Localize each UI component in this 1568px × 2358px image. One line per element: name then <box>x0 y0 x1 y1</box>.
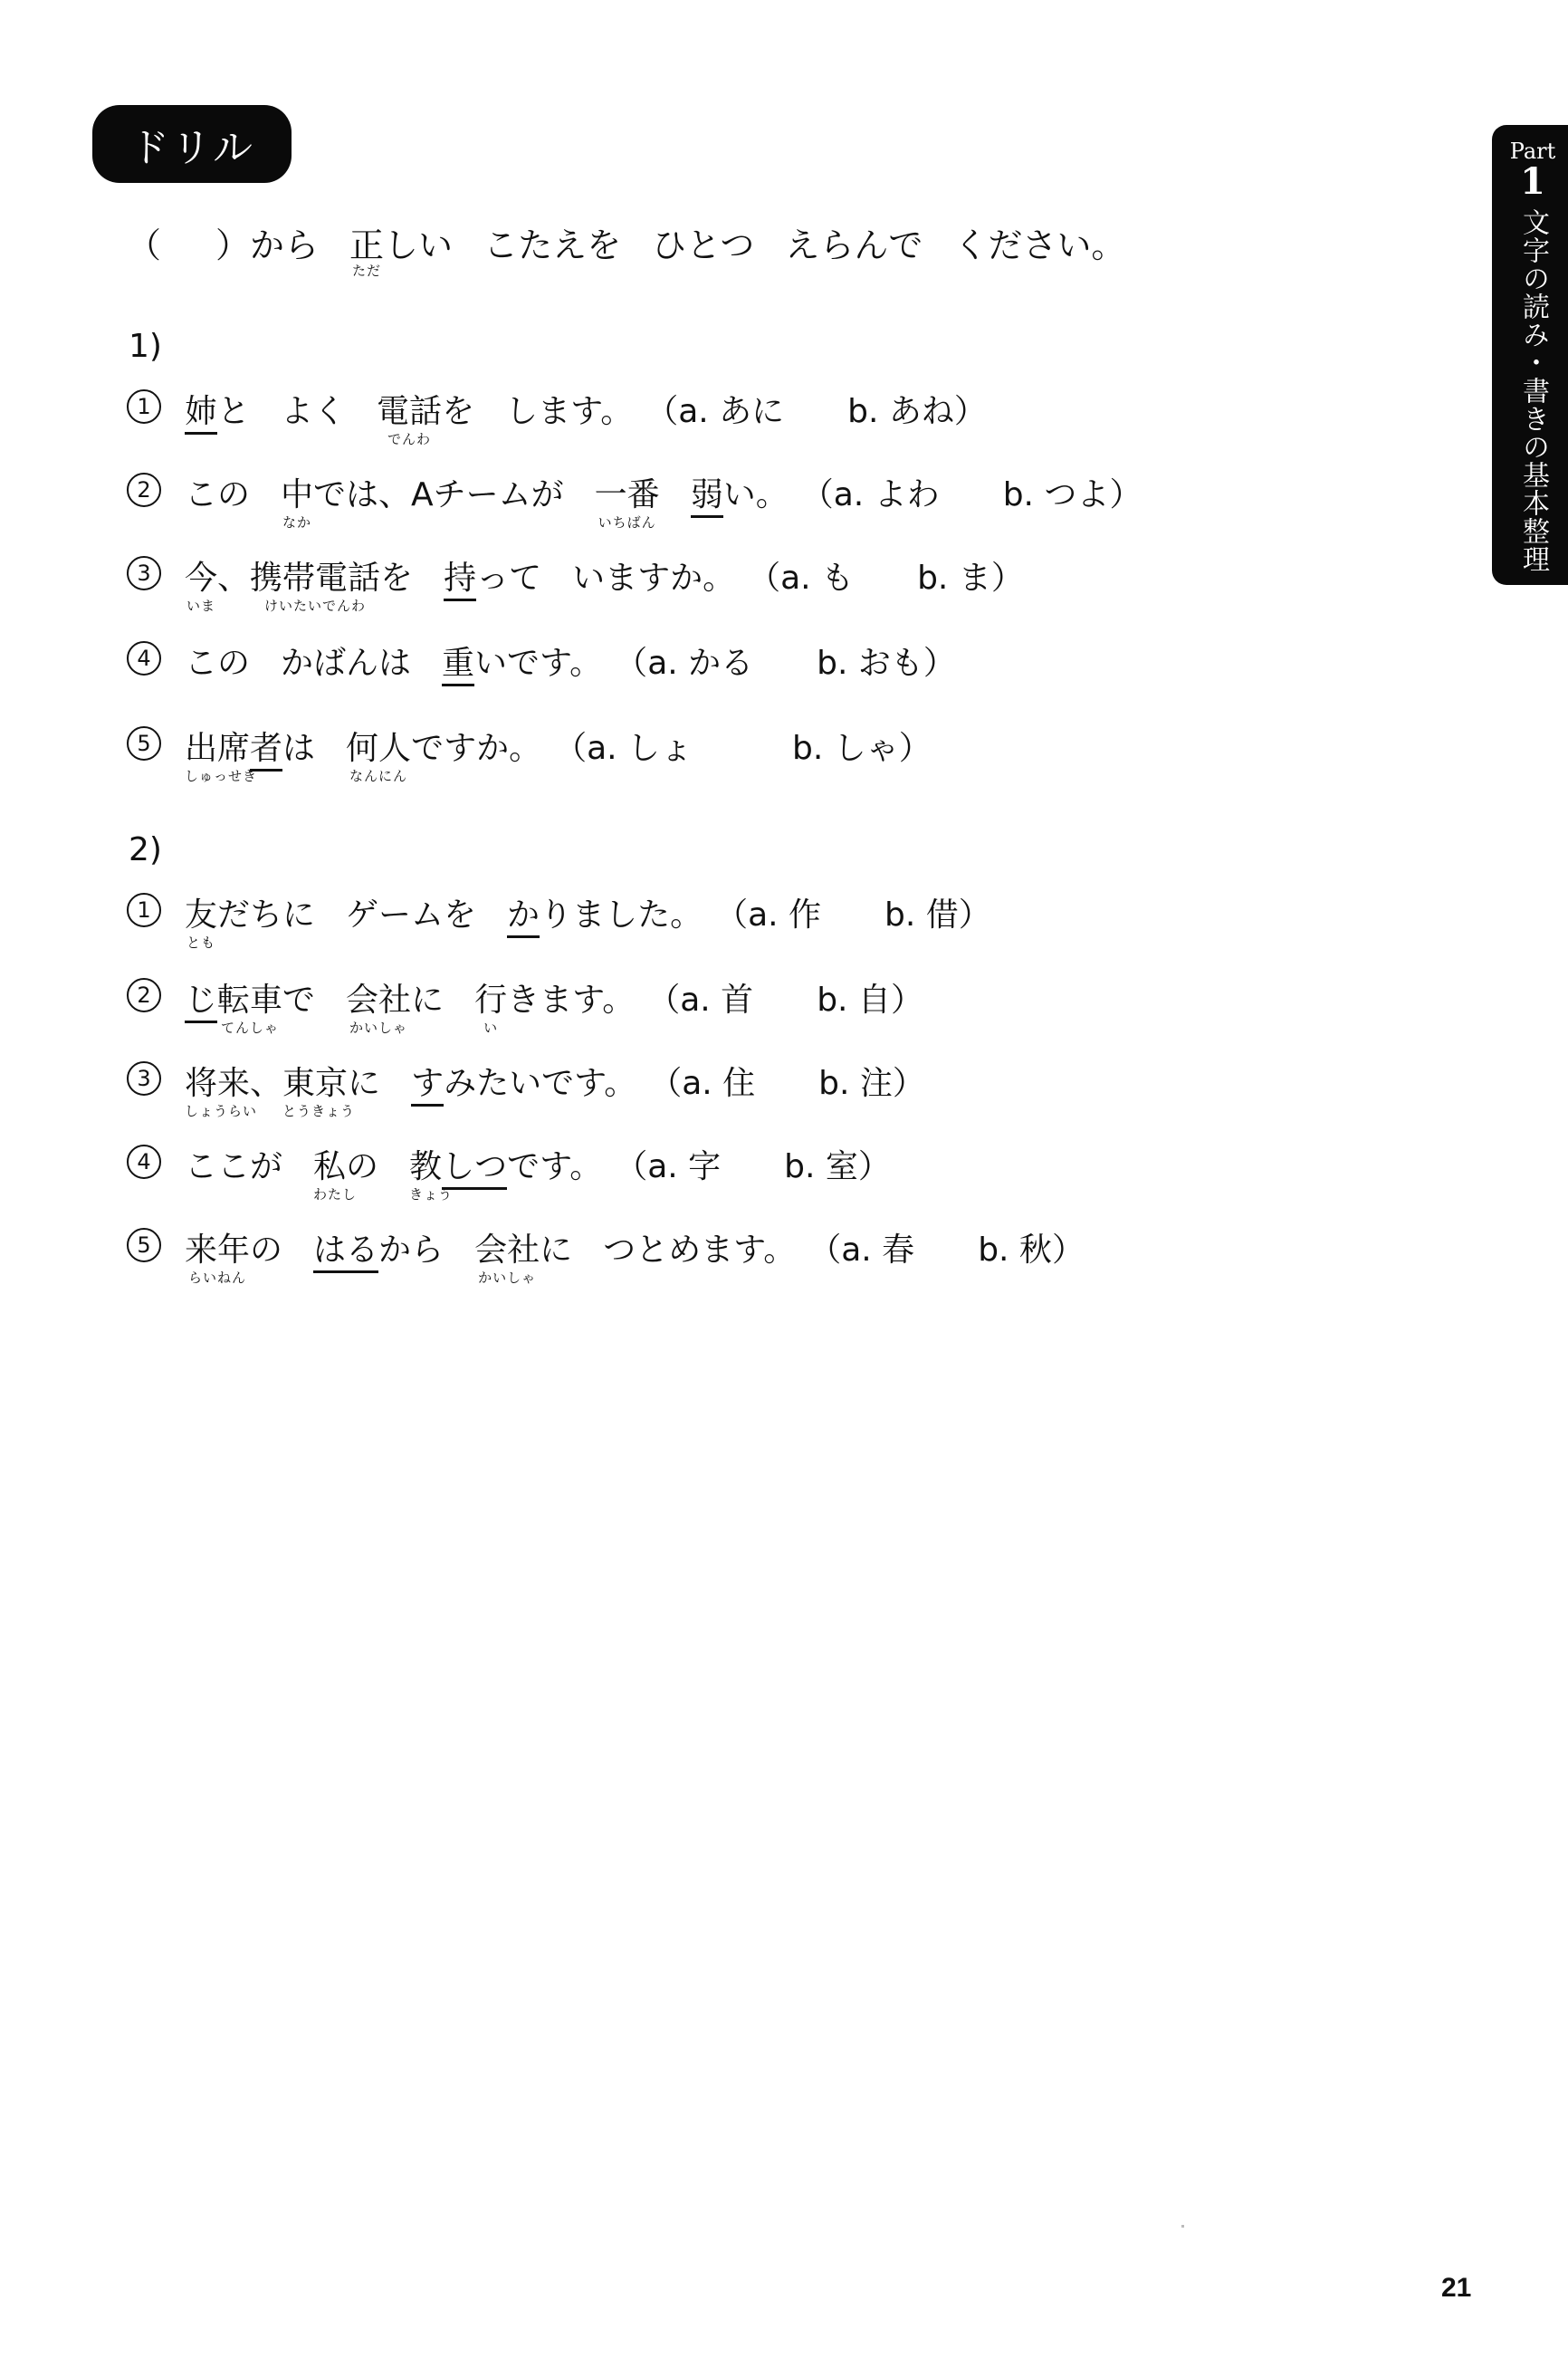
answer-choices: （a. 字b. 室） <box>615 1141 891 1187</box>
drill-heading-label: ドリル <box>129 115 254 173</box>
ruby-word: 転車てんしゃ <box>217 974 282 1021</box>
choice-b[interactable]: b. おも <box>817 645 923 682</box>
furigana: いちばん <box>595 513 660 532</box>
kanji-base: 教 <box>409 1148 442 1185</box>
text: です。 <box>507 1141 602 1187</box>
kanji-base: 会社 <box>346 982 411 1019</box>
text: に <box>540 1224 572 1270</box>
choice-a[interactable]: a. しょ <box>587 730 693 767</box>
furigana: かいしゃ <box>474 1268 540 1287</box>
text: します。 <box>505 386 633 432</box>
furigana: しょうらい <box>185 1101 250 1120</box>
ruby-word: 教きょう <box>409 1141 442 1187</box>
text: に <box>411 974 444 1021</box>
text: きます。 <box>507 974 635 1021</box>
paren: （ <box>554 730 587 767</box>
text: いますか。 <box>572 552 735 599</box>
paren: ） <box>991 560 1024 597</box>
question-number: 2 <box>127 473 161 507</box>
furigana: いま <box>185 596 217 615</box>
question-1-4: 4 この かばんは 重いです。 （a. かるb. おも） <box>127 637 956 686</box>
question-1-3: 3 今いま、 携帯電話けいたいでんわを 持って いますか。 （a. もb. ま） <box>127 552 1024 601</box>
question-number: 2 <box>127 978 161 1012</box>
question-2-3: 3 将来しょうらい、 東京とうきょうに すみたいです。 （a. 住b. 注） <box>127 1058 925 1107</box>
text: かばんは <box>281 637 411 684</box>
text: 、 <box>250 1058 282 1104</box>
choice-b[interactable]: b. 注 <box>818 1065 893 1102</box>
text: ゲームを <box>346 889 476 935</box>
ruby-word: 友とも <box>185 889 217 935</box>
kanji-base: 会社 <box>474 1232 540 1269</box>
kanji-base: 友 <box>185 896 217 934</box>
kanji-base: 一番 <box>595 476 660 513</box>
kanji-base: 電話 <box>377 393 442 430</box>
instruction-okurigana: しい <box>384 225 453 265</box>
underlined-target: しつ <box>442 1141 507 1190</box>
choice-a[interactable]: a. 字 <box>647 1148 721 1185</box>
question-2-5: 5 来年らいねんの はるから 会社かいしゃに つとめます。 （a. 春b. 秋） <box>127 1224 1085 1273</box>
paren: ） <box>959 896 991 934</box>
text: の <box>250 1224 282 1270</box>
kanji-base: 携帯電話 <box>250 560 380 597</box>
furigana: けいたいでんわ <box>250 596 380 615</box>
drill-heading: ドリル <box>92 105 292 183</box>
choice-a[interactable]: a. 作 <box>748 896 821 934</box>
instruction-text: （）から正ただしいこたえをひとつえらんでください。 <box>127 217 1125 267</box>
text: では、Aチームが <box>313 469 564 515</box>
kanji-base: 正 <box>349 225 384 265</box>
paren: （ <box>647 982 680 1019</box>
furigana: てんしゃ <box>217 1018 282 1037</box>
instruction-word: こたえを <box>483 225 621 265</box>
question-number: 3 <box>127 1061 161 1096</box>
answer-choices: （a. 住b. 注） <box>649 1058 925 1104</box>
paren: ） <box>1109 476 1142 513</box>
text: い。 <box>723 469 789 515</box>
question-2-2: 2 じ転車てんしゃで 会社かいしゃに 行いきます。 （a. 首b. 自） <box>127 974 923 1023</box>
underlined-target: 者 <box>250 723 282 772</box>
furigana: らいねん <box>185 1268 250 1287</box>
paren-open: （ <box>127 225 161 265</box>
text: だちに <box>217 889 315 935</box>
choice-b[interactable]: b. 室 <box>784 1148 858 1185</box>
choice-b[interactable]: b. ま <box>917 560 991 597</box>
question-number: 1 <box>127 389 161 424</box>
choice-a[interactable]: a. 春 <box>841 1232 914 1269</box>
text: を <box>380 552 413 599</box>
ruby-word: 会社かいしゃ <box>346 974 411 1021</box>
ruby-word: 電話でんわ <box>377 386 442 432</box>
paren: （ <box>715 896 748 934</box>
furigana: なか <box>281 513 313 532</box>
choice-a[interactable]: a. よわ <box>834 476 940 513</box>
text: に <box>348 1058 380 1104</box>
ruby-word: 会社かいしゃ <box>474 1224 540 1270</box>
text: ですか。 <box>411 723 541 769</box>
text: は <box>282 723 315 769</box>
furigana: とも <box>185 933 217 952</box>
answer-choices: （a. よわb. つよ） <box>801 469 1143 515</box>
text: みたいです。 <box>444 1058 636 1104</box>
underlined-target: 持 <box>444 552 476 601</box>
question-number: 3 <box>127 556 161 590</box>
paren: ） <box>1052 1232 1085 1269</box>
choice-a[interactable]: a. あに <box>678 393 784 430</box>
text: から <box>378 1224 444 1270</box>
question-number: 5 <box>127 1228 161 1262</box>
text: 、 <box>217 552 250 599</box>
answer-choices: （a. あにb. あね） <box>645 386 987 432</box>
paren: ） <box>893 1065 925 1102</box>
question-1-5: 5 出席しゅっせき者は 何人なんにんですか。 （a. しょb. しゃ） <box>127 723 932 772</box>
text: よく <box>281 386 346 432</box>
kanji-base: 東京 <box>282 1065 348 1102</box>
paren: （ <box>649 1065 682 1102</box>
scan-speck <box>1181 2225 1184 2228</box>
underlined-target: 姉 <box>185 386 217 435</box>
kanji-base: 転車 <box>217 982 282 1019</box>
text: ここが <box>185 1141 282 1187</box>
ruby-word: 私わたし <box>313 1141 346 1187</box>
furigana: なんにん <box>346 766 411 785</box>
question-1-2: 2 この 中なかでは、Aチームが 一番いちばん 弱い。 （a. よわb. つよ） <box>127 469 1142 518</box>
kanji-base: 行 <box>474 982 507 1019</box>
furigana: でんわ <box>377 429 442 448</box>
ruby-word: 来年らいねん <box>185 1224 250 1270</box>
ruby-word: 将来しょうらい <box>185 1058 250 1104</box>
paren: （ <box>645 393 678 430</box>
section-label-2: 2) <box>129 831 162 868</box>
paren: （ <box>615 1148 647 1185</box>
text: で <box>282 974 315 1021</box>
question-2-1: 1 友ともだちに ゲームを かりました。 （a. 作b. 借） <box>127 889 991 938</box>
kanji-base: 何人 <box>346 730 411 767</box>
text: って <box>476 552 541 599</box>
paren: ） <box>923 645 956 682</box>
underlined-target: か <box>507 889 540 938</box>
underlined-target: 弱 <box>691 469 723 518</box>
page-number: 21 <box>1441 2273 1471 2304</box>
paren: （ <box>808 1232 841 1269</box>
choice-b[interactable]: b. 秋 <box>978 1232 1052 1269</box>
text: りました。 <box>540 889 703 935</box>
question-number: 4 <box>127 1145 161 1179</box>
part-number: 1 <box>1520 163 1545 201</box>
furigana: い <box>474 1018 507 1037</box>
text: と <box>217 386 250 432</box>
paren: （ <box>615 645 647 682</box>
kanji-base: 将来 <box>185 1065 250 1102</box>
furigana: しゅっせき <box>185 766 250 785</box>
choice-b[interactable]: b. あね <box>847 393 954 430</box>
kanji-base: 今 <box>185 560 217 597</box>
question-number: 5 <box>127 726 161 761</box>
text: いです。 <box>474 637 602 684</box>
question-1-1: 1 姉と よく 電話でんわを します。 （a. あにb. あね） <box>127 386 987 435</box>
question-2-4: 4 ここが 私わたしの 教きょうしつです。 （a. 字b. 室） <box>127 1141 891 1190</box>
paren: ） <box>858 1148 891 1185</box>
kanji-base: 来年 <box>185 1232 250 1269</box>
instruction-kanji-tadashii: 正ただ <box>349 217 384 267</box>
ruby-word: 中なか <box>281 469 313 515</box>
chapter-title: 文字の読み・書きの基本整理 <box>1517 208 1548 573</box>
answer-choices: （a. 作b. 借） <box>715 889 991 935</box>
paren: ） <box>899 730 932 767</box>
kanji-base: 中 <box>281 476 313 513</box>
underlined-target: はる <box>313 1224 378 1273</box>
underlined-target: じ <box>185 974 217 1023</box>
choice-a[interactable]: a. 首 <box>680 982 753 1019</box>
instruction-word: えらんで <box>785 225 923 265</box>
text: を <box>442 386 474 432</box>
paren: ） <box>891 982 923 1019</box>
ruby-word: 東京とうきょう <box>282 1058 348 1104</box>
ruby-word: 行い <box>474 974 507 1021</box>
choice-b[interactable]: b. しゃ <box>792 730 899 767</box>
choice-b[interactable]: b. つよ <box>1003 476 1110 513</box>
furigana: ただ <box>349 261 384 280</box>
answer-choices: （a. しょb. しゃ） <box>554 723 932 769</box>
furigana: かいしゃ <box>346 1018 411 1037</box>
choice-b[interactable]: b. 借 <box>884 896 959 934</box>
ruby-word: 出席しゅっせき <box>185 723 250 769</box>
text: の <box>346 1141 378 1187</box>
furigana: わたし <box>313 1184 346 1203</box>
paren: ） <box>954 393 987 430</box>
choice-b[interactable]: b. 自 <box>817 982 891 1019</box>
question-number: 1 <box>127 893 161 927</box>
ruby-word: 何人なんにん <box>346 723 411 769</box>
paren: （ <box>748 560 780 597</box>
chapter-side-tab: Part 1 文字の読み・書きの基本整理 <box>1492 125 1568 585</box>
instruction-word: ください。 <box>953 225 1125 265</box>
kanji-base: 出席 <box>185 730 250 767</box>
text: この <box>185 637 250 684</box>
ruby-word: 一番いちばん <box>595 469 660 515</box>
instruction-kara: ）から <box>215 225 319 265</box>
paren: （ <box>801 476 834 513</box>
text: この <box>185 469 250 515</box>
kanji-base: 私 <box>313 1148 346 1185</box>
text: つとめます。 <box>603 1224 796 1270</box>
choice-a[interactable]: a. かる <box>647 645 753 682</box>
answer-choices: （a. もb. ま） <box>748 552 1024 599</box>
ruby-word: 今いま <box>185 552 217 599</box>
underlined-target: 重 <box>442 637 474 686</box>
choice-a[interactable]: a. も <box>780 560 854 597</box>
section-label-1: 1) <box>129 328 162 365</box>
ruby-word: 携帯電話けいたいでんわ <box>250 552 380 599</box>
instruction-word: ひとつ <box>652 225 754 265</box>
furigana: とうきょう <box>282 1101 348 1120</box>
question-number: 4 <box>127 641 161 676</box>
choice-a[interactable]: a. 住 <box>682 1065 755 1102</box>
answer-choices: （a. 首b. 自） <box>647 974 923 1021</box>
answer-choices: （a. かるb. おも） <box>615 637 956 684</box>
furigana: きょう <box>409 1184 442 1203</box>
answer-choices: （a. 春b. 秋） <box>808 1224 1085 1270</box>
underlined-target: す <box>411 1058 444 1107</box>
